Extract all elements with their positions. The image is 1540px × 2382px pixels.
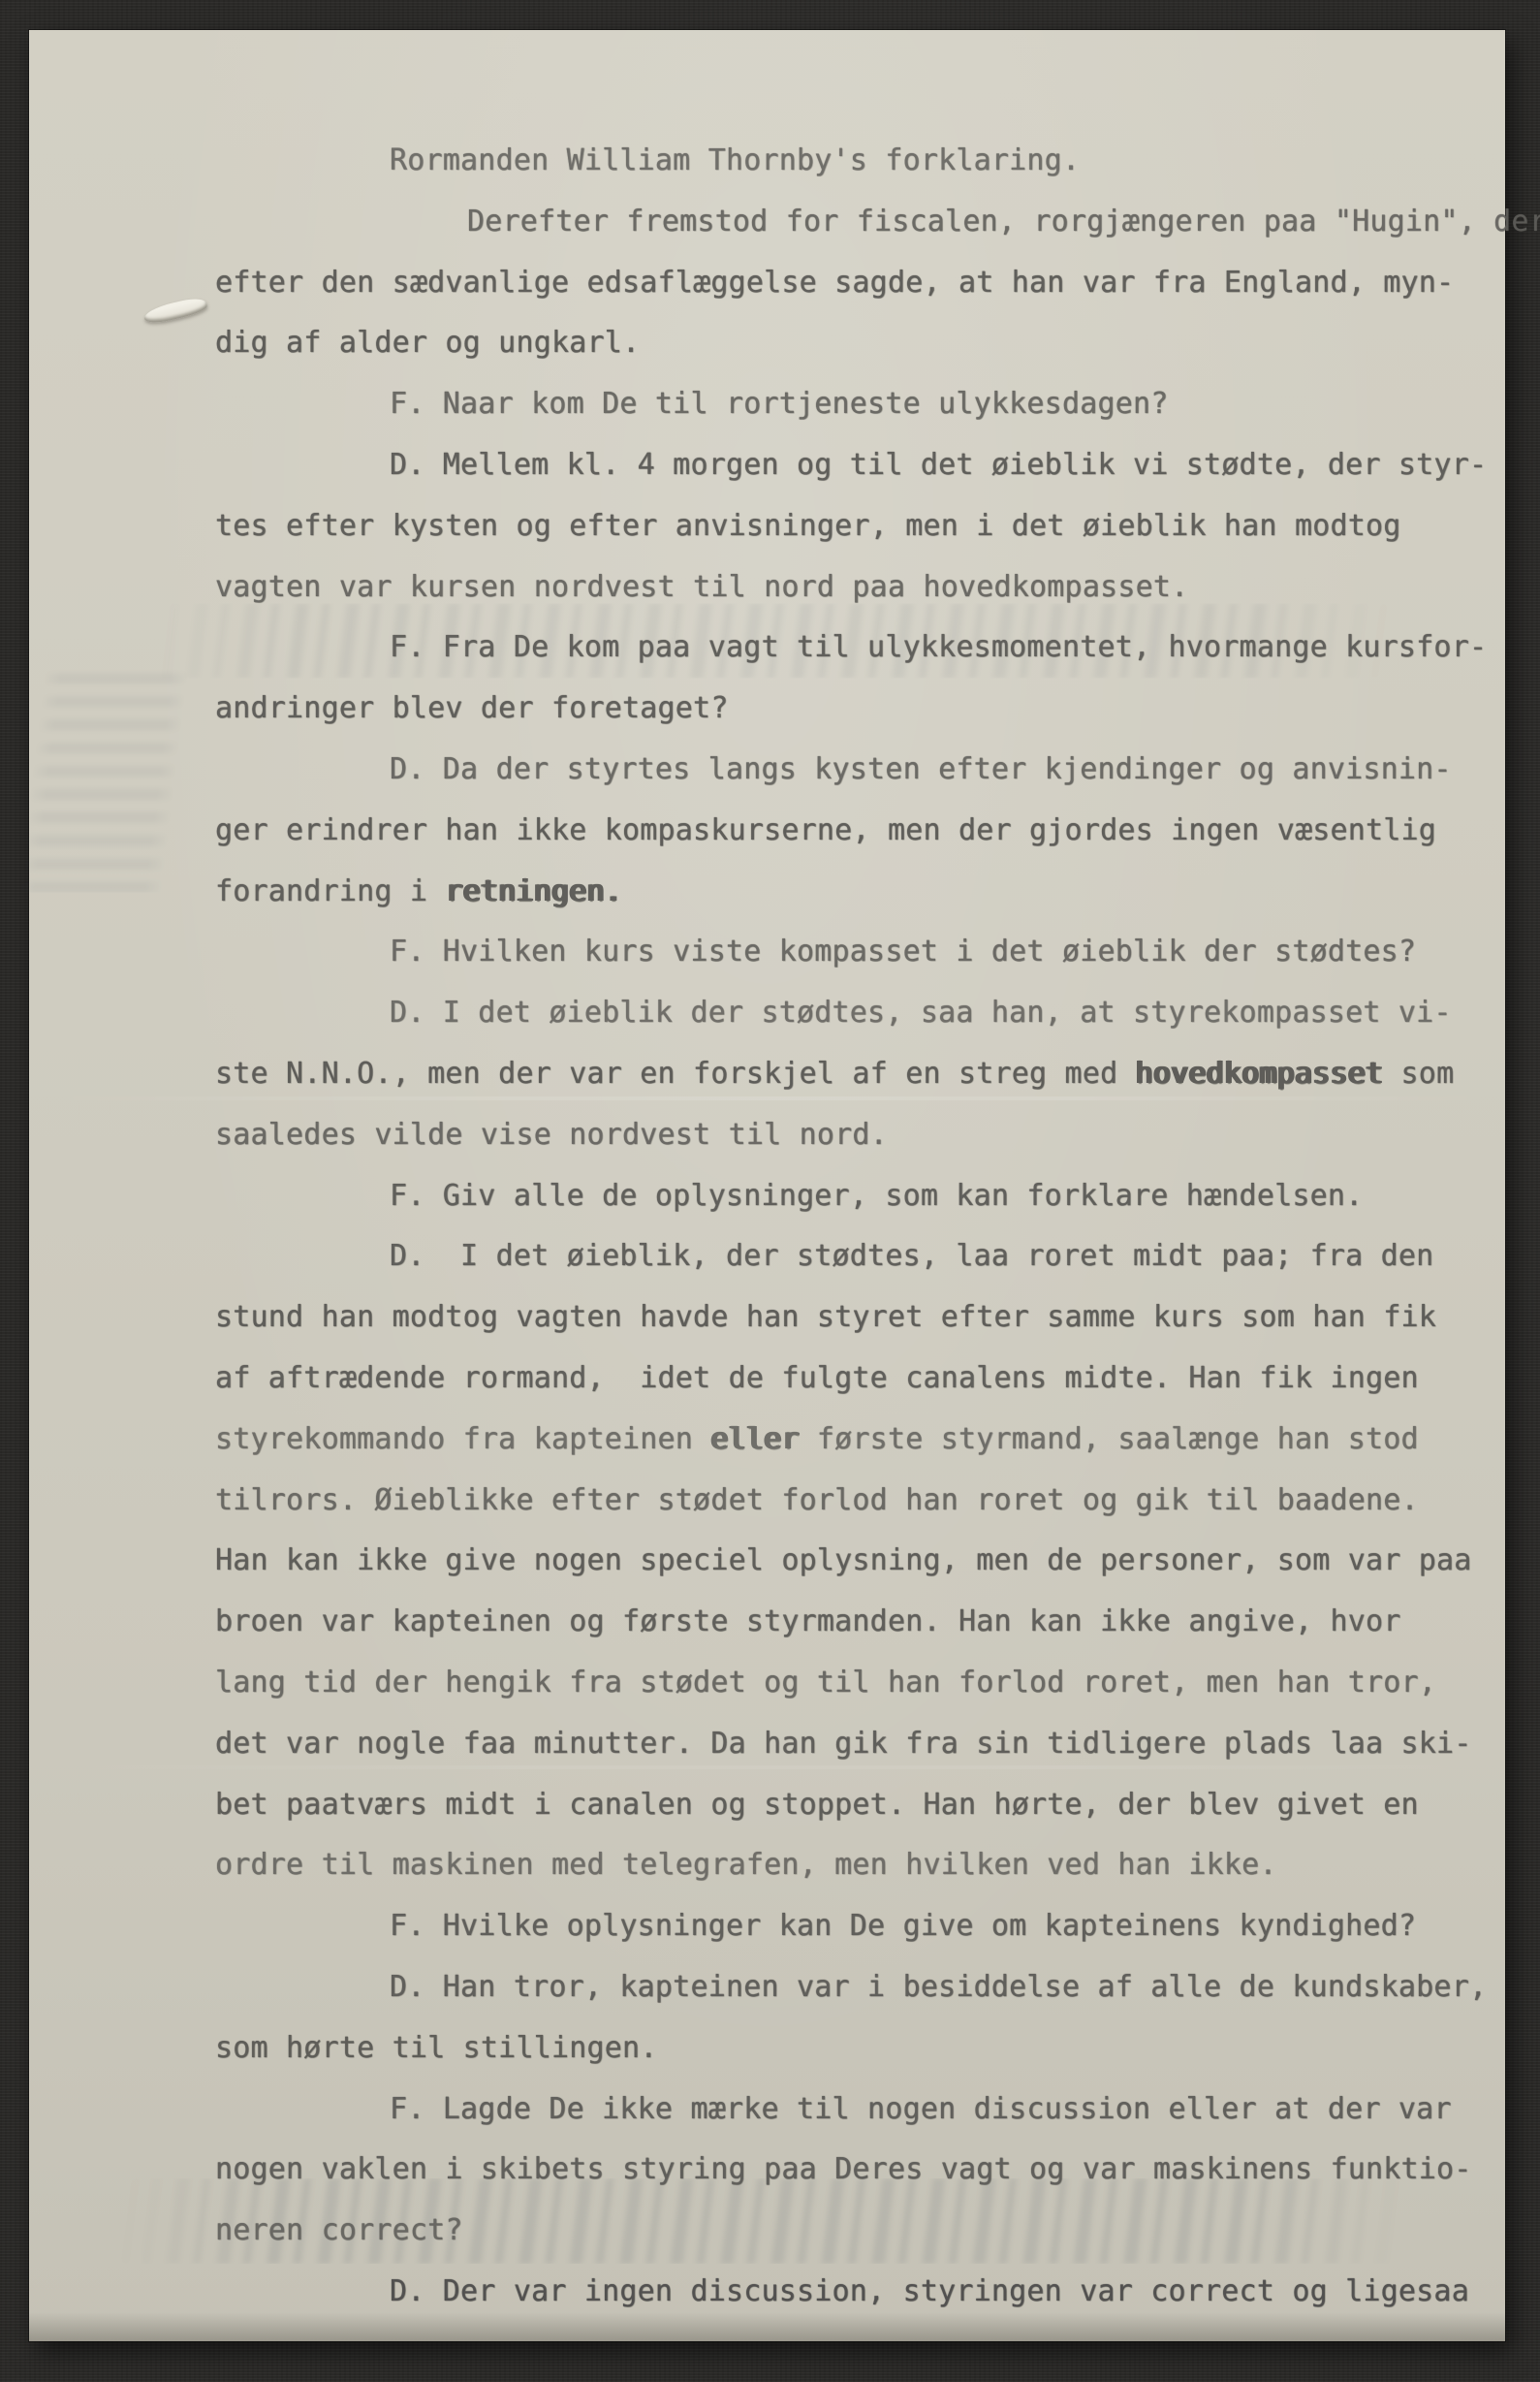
- page-bottom-shadow: [29, 2312, 1505, 2341]
- text-line: Han kan ikke give nogen speciel oplysnin…: [215, 1531, 1485, 1592]
- text-line: andringer blev der foretaget?: [215, 679, 1485, 740]
- text-line: ordre til maskinen med telegrafen, men h…: [215, 1835, 1485, 1896]
- text-line: efter den sædvanlige edsaflæggelse sagde…: [215, 253, 1485, 314]
- text-line: Rormanden William Thornby's forklaring.: [215, 131, 1485, 192]
- text-line: stund han modtog vagten havde han styret…: [215, 1287, 1485, 1349]
- text-line: tes efter kysten og efter anvisninger, m…: [215, 496, 1485, 557]
- text-line: F. Lagde De ikke mærke til nogen discuss…: [215, 2080, 1485, 2141]
- text-line: Derefter fremstod for fiscalen, rorgjæng…: [215, 192, 1485, 253]
- scan-background: Rormanden William Thornby's forklaring.D…: [0, 0, 1540, 2382]
- text-line: forandring i retningen.: [215, 862, 1485, 923]
- text-line: saaledes vilde vise nordvest til nord.: [215, 1105, 1485, 1166]
- overtyped-word: eller: [710, 1422, 799, 1456]
- text-line: ste N.N.O., men der var en forskjel af e…: [215, 1044, 1485, 1105]
- text-line: D. Han tror, kapteinen var i besiddelse …: [215, 1957, 1485, 2018]
- text-line: det var nogle faa minutter. Da han gik f…: [215, 1714, 1485, 1775]
- text-line: D. Mellem kl. 4 morgen og til det øiebli…: [215, 435, 1485, 496]
- text-line: F. Hvilke oplysninger kan De give om kap…: [215, 1896, 1485, 1957]
- text-line: F. Naar kom De til rortjeneste ulykkesda…: [215, 374, 1485, 435]
- text-line: vagten var kursen nordvest til nord paa …: [215, 557, 1485, 619]
- text-line: D. I det øieblik der stødtes, saa han, a…: [215, 983, 1485, 1044]
- text-line: ger erindrer han ikke kompaskurserne, me…: [215, 801, 1485, 862]
- overtyped-word: hovedkompasset: [1136, 1057, 1384, 1091]
- text-line: lang tid der hengik fra stødet og til ha…: [215, 1653, 1485, 1714]
- text-line: D. I det øieblik, der stødtes, laa roret…: [215, 1226, 1485, 1287]
- text-line: F. Hvilken kurs viste kompasset i det øi…: [215, 922, 1485, 983]
- text-line: bet paatværs midt i canalen og stoppet. …: [215, 1775, 1485, 1836]
- text-line: F. Giv alle de oplysninger, som kan fork…: [215, 1166, 1485, 1227]
- text-line: tilrors. Øieblikke efter stødet forlod h…: [215, 1471, 1485, 1532]
- text-line: neren correct?: [215, 2201, 1485, 2262]
- text-line: som hørte til stillingen.: [215, 2018, 1485, 2080]
- overtyped-word: retningen.: [445, 874, 622, 908]
- document-page: Rormanden William Thornby's forklaring.D…: [29, 30, 1505, 2341]
- text-block: Rormanden William Thornby's forklaring.D…: [215, 131, 1485, 2323]
- text-line: nogen vaklen i skibets styring paa Deres…: [215, 2140, 1485, 2201]
- paper-tear: [142, 296, 208, 326]
- text-line: D. Da der styrtes langs kysten efter kje…: [215, 740, 1485, 801]
- bleedthrough-band-left: [16, 660, 190, 892]
- text-line: af aftrædende rormand, idet de fulgte ca…: [215, 1349, 1485, 1410]
- text-line: styrekommando fra kapteinen eller første…: [215, 1410, 1485, 1471]
- text-line: F. Fra De kom paa vagt til ulykkesmoment…: [215, 618, 1485, 679]
- text-line: dig af alder og ungkarl.: [215, 313, 1485, 374]
- text-line: broen var kapteinen og første styrmanden…: [215, 1592, 1485, 1653]
